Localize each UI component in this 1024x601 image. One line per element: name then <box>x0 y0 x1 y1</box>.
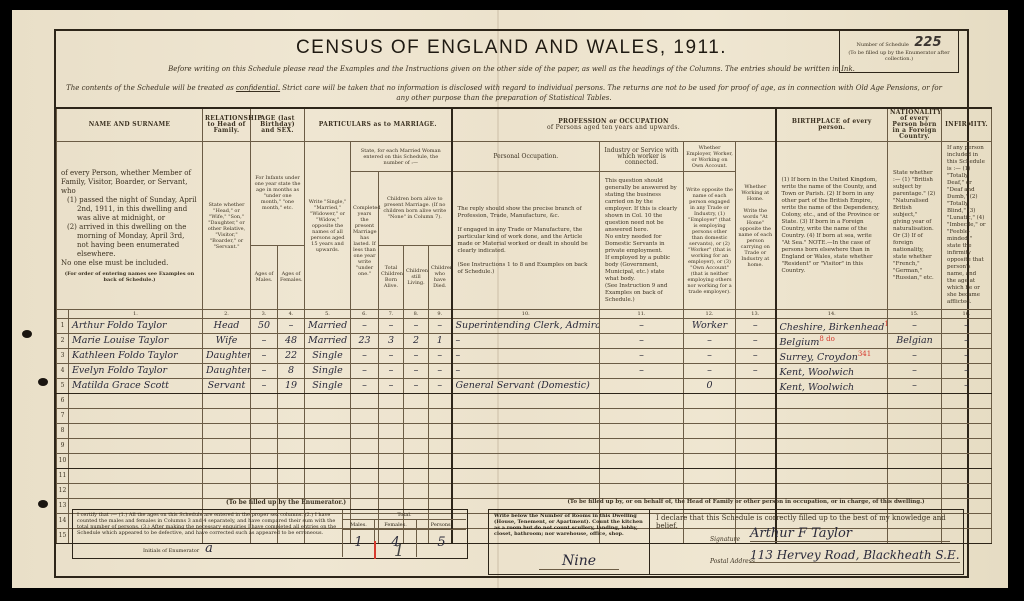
header-occupation: PROFESSION or OCCUPATIONof Persons aged … <box>452 108 776 142</box>
cell-home: – <box>736 364 776 379</box>
still-living-label: Children still Living. <box>404 245 429 309</box>
cell-name: Matilda Grace Scott <box>69 379 203 394</box>
cell-name <box>69 394 203 409</box>
table-row: 4Evelyn Foldo TaylorDaughter–8Single––––… <box>57 364 992 379</box>
cell-ind <box>600 454 684 469</box>
cell-died: – <box>429 319 452 334</box>
cell-name: Arthur Foldo Taylor <box>69 319 203 334</box>
cell-cond <box>305 409 351 424</box>
cell-age_m <box>251 439 278 454</box>
schedule-number-box: Number of Schedule 225 (To be filled up … <box>839 29 959 73</box>
died-label: Children who have Died. <box>429 245 452 309</box>
cell-nat <box>888 469 942 484</box>
cell-years <box>351 439 379 454</box>
industry-label: Industry or Service with which worker is… <box>600 142 684 172</box>
personal-occupation-instructions: The reply should show the precise branch… <box>452 172 600 310</box>
header-marriage: PARTICULARS as to MARRIAGE. <box>305 108 452 142</box>
cell-name: Kathleen Foldo Taylor <box>69 349 203 364</box>
cell-birth <box>776 454 888 469</box>
cell-died <box>429 409 452 424</box>
cell-nat: Belgian <box>888 334 942 349</box>
page-title: CENSUS OF ENGLAND AND WALES, 1911. <box>56 37 967 59</box>
cell-living <box>404 454 429 469</box>
cell-died: – <box>429 364 452 379</box>
cell-years: – <box>351 379 379 394</box>
cell-occ <box>452 454 600 469</box>
birthplace-code: 8 do <box>819 335 834 343</box>
cell-years <box>351 484 379 499</box>
cell-emp <box>684 439 736 454</box>
cell-died: 1 <box>429 334 452 349</box>
cell-born: – <box>379 319 404 334</box>
birthplace-instructions: (1) If born in the United Kingdom, write… <box>776 142 888 310</box>
cell-home <box>736 409 776 424</box>
cell-emp <box>684 424 736 439</box>
cell-cond <box>305 394 351 409</box>
header-relationship: RELATIONSHIP to Head of Family. <box>203 108 251 142</box>
enumerator-caption: (To be filled up by the Enumerator.) <box>86 499 486 506</box>
cell-name: Marie Louise Taylor <box>69 334 203 349</box>
cell-nat: – <box>888 379 942 394</box>
cell-ind <box>600 379 684 394</box>
cell-cond <box>305 484 351 499</box>
cell-emp: Worker <box>684 319 736 334</box>
years-married-instructions: Completed years the present Marriage has… <box>351 172 379 310</box>
cell-born <box>379 484 404 499</box>
cell-inf <box>942 409 992 424</box>
cell-inf: – <box>942 349 992 364</box>
cell-emp: 0 <box>684 379 736 394</box>
total-males: 1 <box>343 530 374 556</box>
cell-died <box>429 424 452 439</box>
cell-inf <box>942 469 992 484</box>
cell-born: – <box>379 349 404 364</box>
cell-rel <box>203 454 251 469</box>
cell-age_f: 48 <box>278 334 305 349</box>
cell-cond <box>305 454 351 469</box>
cell-rel <box>203 409 251 424</box>
header-age: AGE (last Birthday) and SEX. <box>251 108 305 142</box>
ages-males-label: Ages of Males. <box>251 245 278 309</box>
cell-name <box>69 469 203 484</box>
cell-emp <box>684 409 736 424</box>
census-form: CENSUS OF ENGLAND AND WALES, 1911. Befor… <box>54 29 969 578</box>
household-table: NAME AND SURNAME RELATIONSHIP to Head of… <box>56 107 992 544</box>
cell-nat: – <box>888 319 942 334</box>
cell-age_m <box>251 409 278 424</box>
cell-age_f: 22 <box>278 349 305 364</box>
schedule-number: 225 <box>914 35 941 50</box>
employer-label: Whether Employer, Worker, or Working on … <box>684 142 736 172</box>
industry-instructions: This question should generally be answer… <box>600 172 684 310</box>
cell-occ <box>452 484 600 499</box>
cell-name <box>69 484 203 499</box>
cell-age_f: – <box>278 319 305 334</box>
cell-nat <box>888 394 942 409</box>
cell-cond: Single <box>305 379 351 394</box>
cell-cond <box>305 439 351 454</box>
cell-years: – <box>351 364 379 379</box>
cell-rel <box>203 484 251 499</box>
cell-age_m <box>251 424 278 439</box>
cell-age_m: – <box>251 349 278 364</box>
cell-years: – <box>351 319 379 334</box>
cell-born: – <box>379 364 404 379</box>
cell-emp <box>684 394 736 409</box>
cell-age_f: 8 <box>278 364 305 379</box>
name-instructions: of every Person, whether Member of Famil… <box>57 142 203 310</box>
table-row: 12 <box>57 484 992 499</box>
cell-age_m <box>251 394 278 409</box>
cell-years: – <box>351 349 379 364</box>
cell-living <box>404 409 429 424</box>
cell-living: – <box>404 319 429 334</box>
cell-age_m: 50 <box>251 319 278 334</box>
cell-died <box>429 484 452 499</box>
rooms-count: Nine <box>539 553 619 570</box>
cell-age_f <box>278 469 305 484</box>
cell-occ: – <box>452 349 600 364</box>
cell-rel <box>203 394 251 409</box>
cell-birth <box>776 484 888 499</box>
cell-name <box>69 424 203 439</box>
cell-rel <box>203 439 251 454</box>
cell-name <box>69 454 203 469</box>
cell-emp <box>684 454 736 469</box>
table-row: 1Arthur Foldo TaylorHead50–Married––––Su… <box>57 319 992 334</box>
cell-home <box>736 424 776 439</box>
cell-born <box>379 469 404 484</box>
enumerator-box: I certify that :— (1.) All the ages on t… <box>72 509 468 559</box>
cell-years <box>351 424 379 439</box>
table-row: 5Matilda Grace ScottServant–19Single––––… <box>57 379 992 394</box>
cell-years <box>351 409 379 424</box>
cell-inf <box>942 454 992 469</box>
cell-name <box>69 409 203 424</box>
cell-died: – <box>429 349 452 364</box>
cell-age_m <box>251 484 278 499</box>
table-row: 11 <box>57 469 992 484</box>
cell-years <box>351 454 379 469</box>
cell-years <box>351 469 379 484</box>
personal-occupation-label: Personal Occupation. <box>452 142 600 172</box>
cell-living <box>404 394 429 409</box>
cell-occ: General Servant (Domestic) <box>452 379 600 394</box>
cell-emp <box>684 484 736 499</box>
header-nationality: NATIONALITY of every Person born in a Fo… <box>888 108 942 142</box>
cell-birth <box>776 409 888 424</box>
cell-occ <box>452 469 600 484</box>
total-persons: 5 <box>417 530 466 556</box>
home-instructions: Whether Working at Home.Write the words … <box>736 142 776 310</box>
cell-rel: Daughter <box>203 364 251 379</box>
cell-nat <box>888 454 942 469</box>
cell-inf <box>942 424 992 439</box>
cell-home <box>736 454 776 469</box>
red-tally-mark <box>374 541 376 559</box>
cell-emp: – <box>684 364 736 379</box>
rooms-box: Write below the Number of Rooms in this … <box>488 509 650 575</box>
cell-rel: Daughter <box>203 349 251 364</box>
cell-nat <box>888 409 942 424</box>
binder-hole-icon <box>22 330 32 338</box>
cell-birth: Kent, Woolwich <box>776 364 888 379</box>
header-infirmity: INFIRMITY. <box>942 108 992 142</box>
table-row: 10 <box>57 454 992 469</box>
cell-home: – <box>736 319 776 334</box>
table-row: 7 <box>57 409 992 424</box>
cell-home: – <box>736 334 776 349</box>
cell-age_f <box>278 409 305 424</box>
ages-females-label: Ages of Females. <box>278 245 305 309</box>
cell-born <box>379 409 404 424</box>
cell-rel <box>203 424 251 439</box>
cell-nat <box>888 439 942 454</box>
cell-name: Evelyn Foldo Taylor <box>69 364 203 379</box>
table-row: 6 <box>57 394 992 409</box>
table-row: 9 <box>57 439 992 454</box>
cell-occ <box>452 394 600 409</box>
cell-inf: – <box>942 379 992 394</box>
cell-inf <box>942 394 992 409</box>
cell-occ <box>452 439 600 454</box>
cell-cond <box>305 469 351 484</box>
cell-inf <box>942 484 992 499</box>
cell-birth: Cheshire, Birkenhead121 <box>776 319 888 334</box>
cell-inf: – <box>942 364 992 379</box>
cell-inf <box>942 439 992 454</box>
cell-nat <box>888 484 942 499</box>
cell-birth <box>776 439 888 454</box>
cell-birth <box>776 424 888 439</box>
birthplace-code: 341 <box>858 350 871 358</box>
cell-ind <box>600 394 684 409</box>
cell-inf: – <box>942 334 992 349</box>
infirmity-instructions: If any person included in this Schedule … <box>942 142 992 310</box>
totals-box: Total. Males.1 Females.4 Persons.5 <box>343 510 466 557</box>
signature: Arthur F Taylor <box>750 526 950 542</box>
cell-ind <box>600 424 684 439</box>
cell-birth <box>776 469 888 484</box>
binder-hole-icon <box>38 378 48 386</box>
cell-nat: – <box>888 364 942 379</box>
table-row: 8 <box>57 424 992 439</box>
age-instructions: For Infants under one year state the age… <box>251 142 305 246</box>
cell-living: – <box>404 379 429 394</box>
cell-died <box>429 454 452 469</box>
binder-hole-icon <box>38 500 48 508</box>
cell-ind: – <box>600 334 684 349</box>
cell-age_m: – <box>251 379 278 394</box>
cell-occ: – <box>452 364 600 379</box>
cell-birth: Belgium8 do <box>776 334 888 349</box>
cell-cond <box>305 424 351 439</box>
cell-ind <box>600 484 684 499</box>
cell-died: – <box>429 379 452 394</box>
cell-nat <box>888 424 942 439</box>
cell-age_f <box>278 439 305 454</box>
cell-occ: – <box>452 334 600 349</box>
cell-born <box>379 394 404 409</box>
cell-died <box>429 439 452 454</box>
cell-age_f: 19 <box>278 379 305 394</box>
married-women-instructions: State, for each Married Woman entered on… <box>351 142 452 172</box>
cell-home <box>736 469 776 484</box>
cell-living: – <box>404 349 429 364</box>
header-name: NAME AND SURNAME <box>57 108 203 142</box>
cell-home <box>736 394 776 409</box>
cell-born: – <box>379 379 404 394</box>
cell-age_m: – <box>251 364 278 379</box>
cell-rel: Servant <box>203 379 251 394</box>
cell-occ: Superintending Clerk, Admiralty <box>452 319 600 334</box>
confidentiality-notice: The contents of the Schedule will be tre… <box>64 83 944 103</box>
instructions-subtitle: Before writing on this Schedule please r… <box>56 65 967 73</box>
cell-born <box>379 439 404 454</box>
cell-age_m: – <box>251 334 278 349</box>
cell-ind <box>600 409 684 424</box>
cell-nat: – <box>888 349 942 364</box>
cell-age_m <box>251 469 278 484</box>
table-row: 2Marie Louise TaylorWife–48Married23321–… <box>57 334 992 349</box>
cell-age_f <box>278 454 305 469</box>
postal-address: 113 Hervey Road, Blackheath S.E. <box>750 548 960 563</box>
cell-occ <box>452 409 600 424</box>
cell-home <box>736 439 776 454</box>
pencil-tally-mark: 1 <box>394 541 404 560</box>
cell-birth <box>776 394 888 409</box>
cell-home <box>736 484 776 499</box>
cell-living <box>404 484 429 499</box>
cell-rel <box>203 469 251 484</box>
enumerator-initials: a <box>205 541 213 556</box>
cell-born <box>379 454 404 469</box>
cell-age_m <box>251 454 278 469</box>
cell-emp: – <box>684 334 736 349</box>
header-birthplace: BIRTHPLACE of every person. <box>776 108 888 142</box>
cell-ind: – <box>600 349 684 364</box>
cell-ind: – <box>600 364 684 379</box>
cell-cond: Married <box>305 319 351 334</box>
nationality-instructions: State whether :— (1) "British subject by… <box>888 142 942 310</box>
cell-living: 2 <box>404 334 429 349</box>
cell-age_f <box>278 424 305 439</box>
table-row: 3Kathleen Foldo TaylorDaughter–22Single–… <box>57 349 992 364</box>
cell-cond: Single <box>305 364 351 379</box>
cell-emp: – <box>684 349 736 364</box>
cell-died <box>429 394 452 409</box>
cell-inf: – <box>942 319 992 334</box>
cell-rel: Wife <box>203 334 251 349</box>
cell-years <box>351 394 379 409</box>
cell-living <box>404 439 429 454</box>
cell-age_f <box>278 484 305 499</box>
relationship-instructions: State whether "Head," or "Wife," "Son," … <box>203 142 251 310</box>
cell-ind <box>600 439 684 454</box>
cell-home: – <box>736 349 776 364</box>
declaration-box: I declare that this Schedule is correctl… <box>650 509 964 575</box>
cell-rel: Head <box>203 319 251 334</box>
cell-birth: Kent, Woolwich <box>776 379 888 394</box>
cell-died <box>429 469 452 484</box>
cell-ind: – <box>600 319 684 334</box>
cell-occ <box>452 424 600 439</box>
employer-instructions: Write opposite the name of each person e… <box>684 172 736 310</box>
cell-name <box>69 439 203 454</box>
total-born-label: Total Children Born Alive. <box>379 245 404 309</box>
cell-living <box>404 469 429 484</box>
cell-cond: Single <box>305 349 351 364</box>
cell-cond: Married <box>305 334 351 349</box>
cell-home <box>736 379 776 394</box>
cell-years: 23 <box>351 334 379 349</box>
cell-emp <box>684 469 736 484</box>
condition-instructions: Write "Single," "Married," "Widower," or… <box>305 142 351 310</box>
cell-living: – <box>404 364 429 379</box>
enumerator-certificate: I certify that :— (1.) All the ages on t… <box>73 510 343 557</box>
cell-born <box>379 424 404 439</box>
cell-birth: Surrey, Croydon341 <box>776 349 888 364</box>
cell-born: 3 <box>379 334 404 349</box>
cell-living <box>404 424 429 439</box>
children-instructions: Children born alive to present Marriage.… <box>379 172 452 246</box>
cell-age_f <box>278 394 305 409</box>
occupier-caption: (To be filled up by, or on behalf of, th… <box>526 499 966 505</box>
cell-ind <box>600 469 684 484</box>
